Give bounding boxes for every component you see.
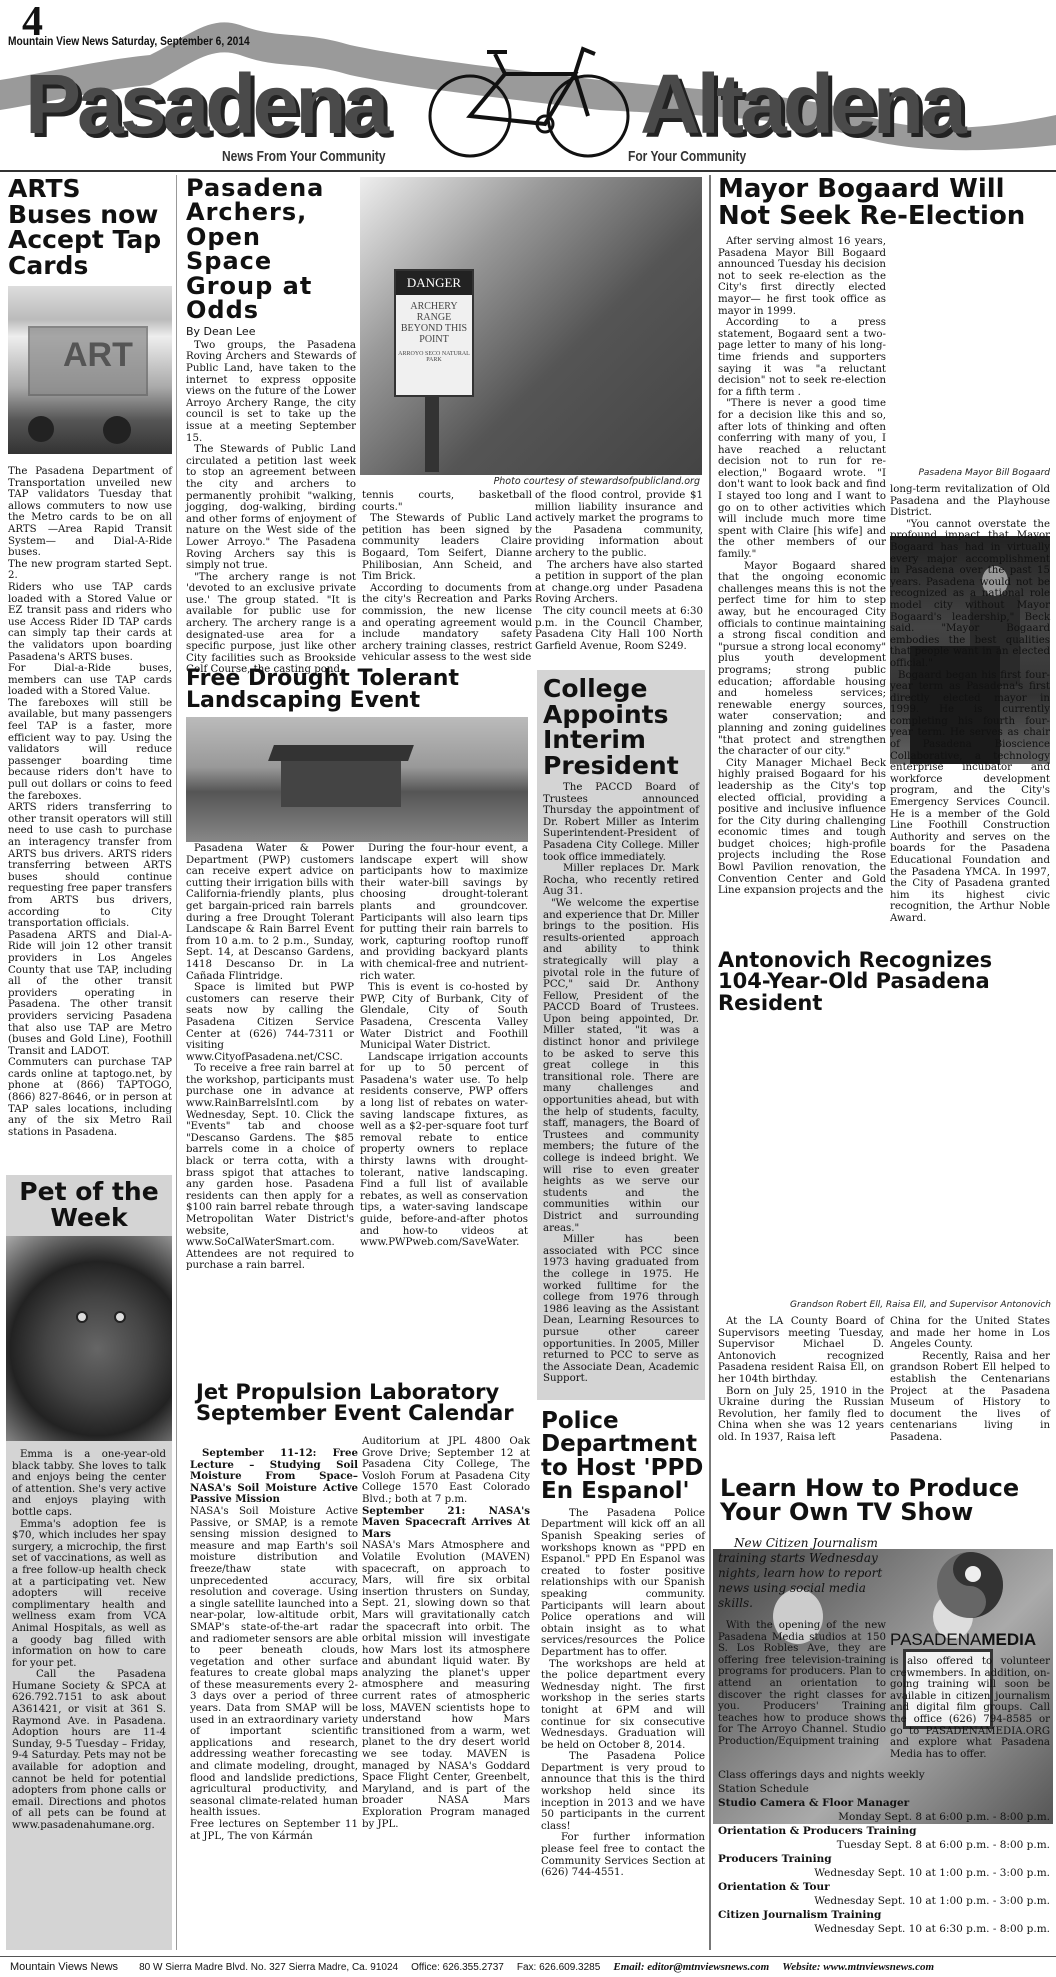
schedule-item-time: Wednesday Sept. 10 at 6:30 p.m. - 8:00 p… [718,1922,1050,1936]
paragraph: This is event is co-hosted by PWP, City … [360,982,528,1052]
masthead: 4 Mountain View News Saturday, September… [0,0,1056,172]
antonovich-col2: China for the United States and made her… [890,1316,1050,1444]
arts-logo: ART [63,336,133,375]
photo-caption: Grandson Robert Ell, Raisa Ell, and Supe… [713,1300,1051,1310]
column-divider [709,175,711,1950]
paragraph: The city council meets at 6:30 p.m. in t… [535,606,703,652]
event-title: September 11-12: Free Lecture – Studying… [190,1448,358,1506]
paragraph: At the LA County Board of Supervisors me… [718,1316,884,1386]
paragraph: Commuters can purchase TAP cards online … [8,1057,172,1138]
paragraph: The Stewards of Public Land petition has… [362,513,532,583]
headline: Learn How to Produce Your Own TV Show [720,1476,1050,1525]
dateline: Mountain View News Saturday, September 6… [8,34,250,48]
article-drought: Free Drought Tolerant Landscaping Event [186,668,531,842]
article-jpl: Jet Propulsion Laboratory September Even… [196,1382,536,1425]
paragraph: Pasadena Water & Power Department (PWP) … [186,843,354,982]
photo-caption: Pasadena Mayor Bill Bogaard [888,468,1050,478]
schedule-item-time: Wednesday Sept. 10 at 1:00 p.m. - 3:00 p… [718,1866,1050,1880]
archery-sign-photo: DANGER ARCHERY RANGE BEYOND THIS POINT A… [360,177,702,475]
paragraph: To receive a free rain barrel at the wor… [186,1063,354,1272]
paragraph: The Pasadena Department of Transportatio… [8,466,172,559]
paragraph: For Dial-a-Ride buses, members can use T… [8,663,172,698]
paragraph: Riders who use TAP cards loaded with a S… [8,582,172,663]
mayor-col2: long-term revitalization of Old Pasadena… [890,484,1050,925]
paragraph: of the flood control, provide $1 million… [535,490,703,560]
tv-deck: New Citizen Journalism training starts W… [718,1536,886,1611]
article-body: The PACCD Board of Trustees announced Th… [543,782,699,1385]
paragraph: The fareboxes will still be available, b… [8,698,172,802]
paragraph: After serving almost 16 years, Pasadena … [718,236,886,317]
bus-photo: ART [8,286,172,454]
headline: College Appoints Interim President [543,676,699,778]
paragraph: The archers have also started a petition… [535,560,703,606]
bicycle-icon [425,44,635,159]
footer-office-phone: Office: 626.355.2737 [411,1962,504,1973]
article-college: College Appoints Interim President The P… [537,670,705,1400]
paragraph: Bogaard began his first four-year term a… [890,670,1050,925]
paragraph: Miller replaces Dr. Mark Rocha, who rece… [543,863,699,898]
schedule-intro: Class offerings days and nights weekly [718,1768,1050,1782]
paragraph: Pasadena ARTS and Dial-A-Ride will join … [8,930,172,1058]
paragraph: Free lectures on September 11 at JPL, Th… [190,1819,358,1842]
paragraph: According to documents from the city's R… [362,583,532,664]
paragraph: Space is limited but PWP customers can r… [186,982,354,1063]
article-mayor: Mayor Bogaard Will Not Seek Re-Election [718,176,1050,229]
house [281,757,401,807]
paragraph: Born on July 25, 1910 in the Ukraine dur… [718,1386,884,1444]
footer-website-link[interactable]: Website: www.mtnviewsnews.com [782,1961,934,1973]
byline: By Dean Lee [186,325,356,338]
paragraph: "You cannot overstate the profound impac… [890,519,1050,670]
article-arts-buses: ARTS Buses now Accept Tap Cards ART The … [8,176,172,1138]
article-police: Police Department to Host 'PPD En Espano… [541,1410,705,1879]
column-divider [176,175,177,1950]
cat-eye [76,1311,88,1323]
drought-col1: Pasadena Water & Power Department (PWP) … [186,843,354,1272]
paragraph: Call the Pasadena Humane Society & SPCA … [12,1669,166,1831]
paragraph: NASA's Soil Moisture Active Passive, or … [190,1506,358,1819]
paragraph: With the opening of the new Pasadena Med… [718,1620,886,1748]
bus-wheel [103,416,131,444]
cat-eye [114,1311,126,1323]
paragraph: "There is never a good time for a decisi… [718,398,886,560]
tagline-right: For Your Community [628,148,746,165]
headline: Antonovich Recognizes 104-Year-Old Pasad… [718,950,1050,1014]
article-tv-show: Learn How to Produce Your Own TV Show [720,1476,1050,1525]
logo-bold: MEDIA [981,1630,1036,1649]
paragraph: The Pasadena Police Department will kick… [541,1508,705,1659]
logo-wordmark: PASADENAMEDIA [890,1630,1050,1650]
brand-altadena: Altadena [640,62,963,146]
footer-address: 80 W Sierra Madre Blvd. No. 327 Sierra M… [139,1962,398,1973]
article-antonovich: Antonovich Recognizes 104-Year-Old Pasad… [718,950,1050,1014]
event-title: September 21: NASA's Maven Spacecraft Ar… [362,1506,530,1541]
headline: Free Drought Tolerant Landscaping Event [186,668,531,713]
danger-sign: DANGER ARCHERY RANGE BEYOND THIS POINT A… [394,269,474,397]
sign-line: POINT [396,334,472,345]
article-pet-of-week: Pet of the Week Emma is a one-year-old b… [6,1175,172,1950]
paragraph: Recently, Raisa and her grandson Robert … [890,1351,1050,1444]
paragraph: ARTS riders transferring to other transi… [8,802,172,930]
paragraph: tennis courts, basketball courts." [362,490,532,513]
paragraph: Auditorium at JPL 4800 Oak Grove Drive; … [362,1436,530,1506]
footer-fax: Fax: 626.609.3285 [517,1962,600,1973]
headline: Police Department to Host 'PPD En Espano… [541,1410,705,1504]
article-body-col2: tennis courts, basketball courts." The S… [362,490,532,664]
paragraph: "We welcome the expertise and experience… [543,898,699,1234]
jpl-col2: Auditorium at JPL 4800 Oak Grove Drive; … [362,1436,530,1830]
logo-light: PASADENA [890,1630,981,1649]
sign-footer: ARROYO SECO NATURAL PARK [396,351,472,363]
paragraph: long-term revitalization of Old Pasadena… [890,484,1050,519]
paragraph: "The archery range is not 'devoted to an… [186,572,356,676]
headline: Jet Propulsion Laboratory September Even… [196,1382,536,1425]
paragraph: China for the United States and made her… [890,1316,1050,1351]
brand-pasadena: Pasadena [25,62,385,146]
footer-email-link[interactable]: Email: editor@mtnviewsnews.com [613,1961,769,1973]
paragraph: Mayor Bogaard shared that the ongoing ec… [718,561,886,758]
article-body: The Pasadena Department of Transportatio… [8,466,172,1138]
pasadena-media-swirl-icon [935,1550,1005,1620]
drought-col2: During the four-hour event, a landscape … [360,843,528,1249]
house-photo [186,717,528,842]
headline: ARTS Buses now Accept Tap Cards [8,176,172,278]
schedule-item-time: Wednesday Sept. 10 at 1:00 p.m. - 3:00 p… [718,1894,1050,1908]
paragraph: Emma is a one-year-old black tabby. She … [12,1449,166,1519]
mayor-col1: After serving almost 16 years, Pasadena … [718,236,886,897]
article-body: The Pasadena Police Department will kick… [541,1508,705,1879]
footer-publisher: Mountain Views News [10,1961,118,1973]
sign-heading: DANGER [396,271,472,295]
antonovich-col1: At the LA County Board of Supervisors me… [718,1316,884,1444]
sign-line: ARCHERY [396,301,472,312]
station-schedule: Class offerings days and nights weekly S… [718,1768,1050,1936]
paragraph: is also offered to volunteer crewmembers… [890,1656,1050,1760]
tagline-left: News From Your Community [222,148,386,165]
schedule-item-time: Monday Sept. 8 at 6:00 p.m. - 8:00 p.m. [718,1810,1050,1824]
schedule-item-title: Producers Training [718,1852,1050,1866]
paragraph: The Pasadena Police Department is very p… [541,1751,705,1832]
schedule-item-title: Citizen Journalism Training [718,1908,1050,1922]
headline: Pet of the Week [6,1175,172,1236]
article-archers: Pasadena Archers, Open Space Group at Od… [186,176,356,676]
pasadena-media-logo: PASADENAMEDIA [890,1550,1050,1660]
paragraph: The new program started Sept. 2. [8,559,172,582]
paragraph: During the four-hour event, a landscape … [360,843,528,982]
paragraph: For further information please feel free… [541,1832,705,1878]
sign-line: RANGE [396,312,472,323]
paragraph: The workshops are held at the police dep… [541,1659,705,1752]
paragraph: Miller has been associated with PCC sinc… [543,1234,699,1385]
paragraph: According to a press statement, Bogaard … [718,317,886,398]
masthead-rule [0,170,1056,172]
photo-caption: Photo courtesy of stewardsofpublicland.o… [360,476,700,487]
tv-col1: With the opening of the new Pasadena Med… [718,1620,886,1748]
paragraph: The Stewards of Public Land circulated a… [186,444,356,572]
paragraph: The PACCD Board of Trustees announced Th… [543,782,699,863]
sign-line: BEYOND THIS [396,323,472,334]
article-body-col3: of the flood control, provide $1 million… [535,490,703,652]
article-body: Emma is a one-year-old black tabby. She … [6,1441,172,1832]
schedule-heading: Station Schedule [718,1782,1050,1796]
house-roof [268,745,414,761]
schedule-item-title: Studio Camera & Floor Manager [718,1796,1050,1810]
jpl-col1: September 11-12: Free Lecture – Studying… [190,1448,358,1842]
cat-photo [6,1236,172,1441]
article-body-col1: Two groups, the Pasadena Roving Archers … [186,340,356,676]
paragraph: Two groups, the Pasadena Roving Archers … [186,340,356,444]
headline: Mayor Bogaard Will Not Seek Re-Election [718,176,1050,229]
schedule-item-title: Orientation & Tour [718,1880,1050,1894]
paragraph: City Manager Michael Beck highly praised… [718,758,886,897]
paragraph: NASA's Mars Atmosphere and Volatile Evol… [362,1540,530,1830]
tv-col2: is also offered to volunteer crewmembers… [890,1656,1050,1760]
headline: Pasadena Archers, Open Space Group at Od… [186,176,356,323]
schedule-item-title: Orientation & Producers Training [718,1824,1050,1838]
paragraph: Emma's adoption fee is $70, which includ… [12,1519,166,1670]
page-footer: Mountain Views News 80 W Sierra Madre Bl… [0,1956,1056,1977]
paragraph: Landscape irrigation accounts for up to … [360,1052,528,1249]
schedule-item-time: Tuesday Sept. 8 at 6:00 p.m. - 8:00 p.m. [718,1838,1050,1852]
bus-wheel [28,416,54,442]
